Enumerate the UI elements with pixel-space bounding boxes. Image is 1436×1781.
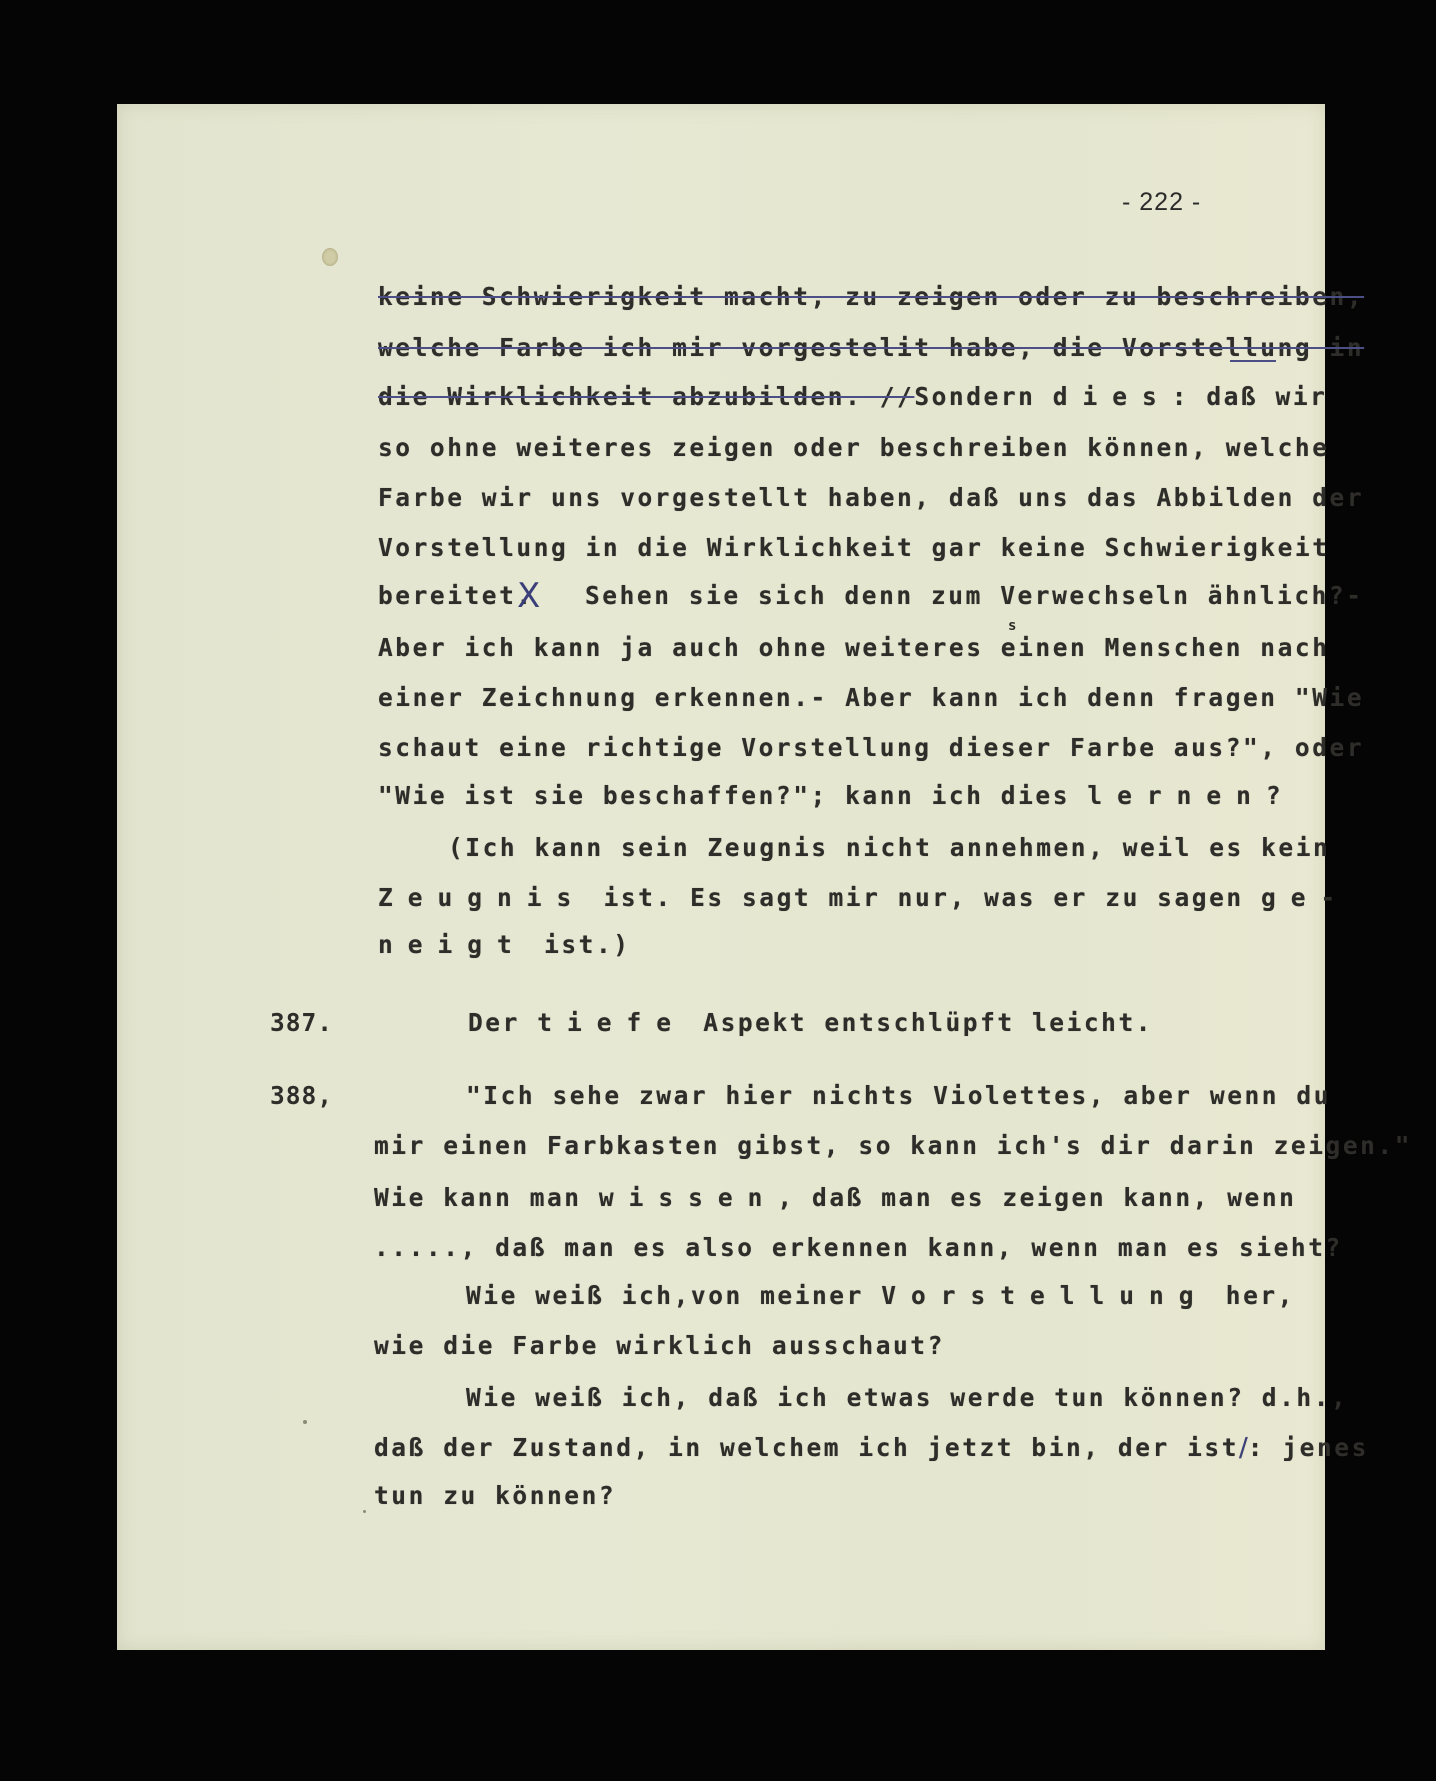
text-fragment: her, [1208, 1281, 1295, 1310]
section-388-line-4: ....., daß man es also erkennen kann, we… [374, 1233, 1343, 1263]
section-387-text: Der tiefe Aspekt entschlüpft leicht. [468, 1008, 1153, 1038]
section-number-388: 388, [270, 1081, 333, 1111]
punch-hole [322, 248, 338, 266]
handwritten-insertion-mark: / [1239, 1433, 1248, 1463]
text-line-3: die Wirklichkeit abzubilden. //Sondern d… [378, 382, 1327, 412]
text-line-11: "Wie ist sie beschaffen?"; kann ich dies… [378, 781, 1296, 811]
text-line-6: Vorstellung in die Wirklichkeit gar kein… [378, 533, 1330, 563]
text-fragment: , daß man es zeigen kann, wenn [777, 1183, 1296, 1212]
section-number-387: 387. [270, 1008, 333, 1038]
text-fragment: Sehen sie sich denn zum Verwechseln ähnl… [568, 581, 1364, 610]
struck-line-2: welche Farbe ich mir vorgestelit habe, d… [378, 333, 1364, 363]
text-fragment: : jenes [1248, 1433, 1369, 1462]
handwritten-insertion-mark: X [517, 576, 540, 616]
section-388-line-3: Wie kann man wissen, daß man es zeigen k… [374, 1183, 1296, 1213]
page-number: - 222 - [1122, 188, 1201, 217]
text-fragment: Der [468, 1008, 537, 1037]
text-fragment: bereitet. [378, 581, 534, 610]
text-fragment: daß der Zustand, in welchem ich jetzt bi… [374, 1433, 1239, 1462]
text-fragment: "Wie ist sie beschaffen?"; kann ich dies [378, 781, 1087, 810]
text-line-5: Farbe wir uns vorgestellt haben, daß uns… [378, 483, 1364, 513]
section-388-line-8: daß der Zustand, in welchem ich jetzt bi… [374, 1433, 1369, 1463]
margin-speck [363, 1510, 366, 1513]
struck-line-1: keine Schwierigkeit macht, zu zeigen ode… [378, 282, 1364, 312]
section-388-line-5: Wie weiß ich,von meiner Vorstellung her, [466, 1281, 1295, 1311]
struck-fragment: die Wirklichkeit abzubilden. // [378, 382, 914, 411]
section-388-line-7: Wie weiß ich, daß ich etwas werde tun kö… [466, 1383, 1348, 1413]
text-fragment: ist.) [527, 930, 631, 959]
strike-extension [1230, 360, 1276, 362]
emphasis-spaced: neigt [378, 930, 527, 959]
emphasis-spaced: tiefe [537, 1008, 686, 1037]
section-388-line-1: "Ich sehe zwar hier nichts Violettes, ab… [466, 1081, 1331, 1111]
text-line-13: Zeugnis ist. Es sagt mir nur, was er zu … [378, 883, 1350, 913]
emphasis-spaced: dies [1053, 382, 1172, 411]
text-fragment: Wie kann man [374, 1183, 599, 1212]
section-388-line-9: tun zu können? [374, 1481, 616, 1511]
emphasis-spaced: lernen? [1087, 781, 1295, 810]
text-fragment: Wie weiß ich,von meiner [466, 1281, 881, 1310]
emphasis-spaced: ge- [1261, 883, 1350, 912]
text-line-9: einer Zeichnung erkennen.- Aber kann ich… [378, 683, 1364, 713]
text-line-4: so ohne weiteres zeigen oder beschreiben… [378, 433, 1330, 463]
text-fragment: Aspekt entschlüpft leicht. [686, 1008, 1153, 1037]
emphasis-spaced: Vorstellung [881, 1281, 1208, 1310]
text-fragment: ist. Es sagt mir nur, was er zu sagen [586, 883, 1261, 912]
emphasis-spaced: wissen [599, 1183, 778, 1212]
text-line-10: schaut eine richtige Vorstellung dieser … [378, 733, 1364, 763]
margin-speck [303, 1420, 307, 1424]
text-fragment: Sondern [914, 382, 1052, 411]
section-388-line-2: mir einen Farbkasten gibst, so kann ich'… [374, 1131, 1412, 1161]
text-fragment: : daß wir [1172, 382, 1328, 411]
emphasis-spaced: Zeugnis [378, 883, 586, 912]
text-line-14: neigt ist.) [378, 930, 631, 960]
text-line-12: (Ich kann sein Zeugnis nicht annehmen, w… [448, 833, 1330, 863]
typed-correction-s: s [1008, 618, 1016, 634]
text-line-8: Aber ich kann ja auch ohne weiteres eine… [378, 633, 1330, 663]
section-388-line-6: wie die Farbe wirklich ausschaut? [374, 1331, 945, 1361]
